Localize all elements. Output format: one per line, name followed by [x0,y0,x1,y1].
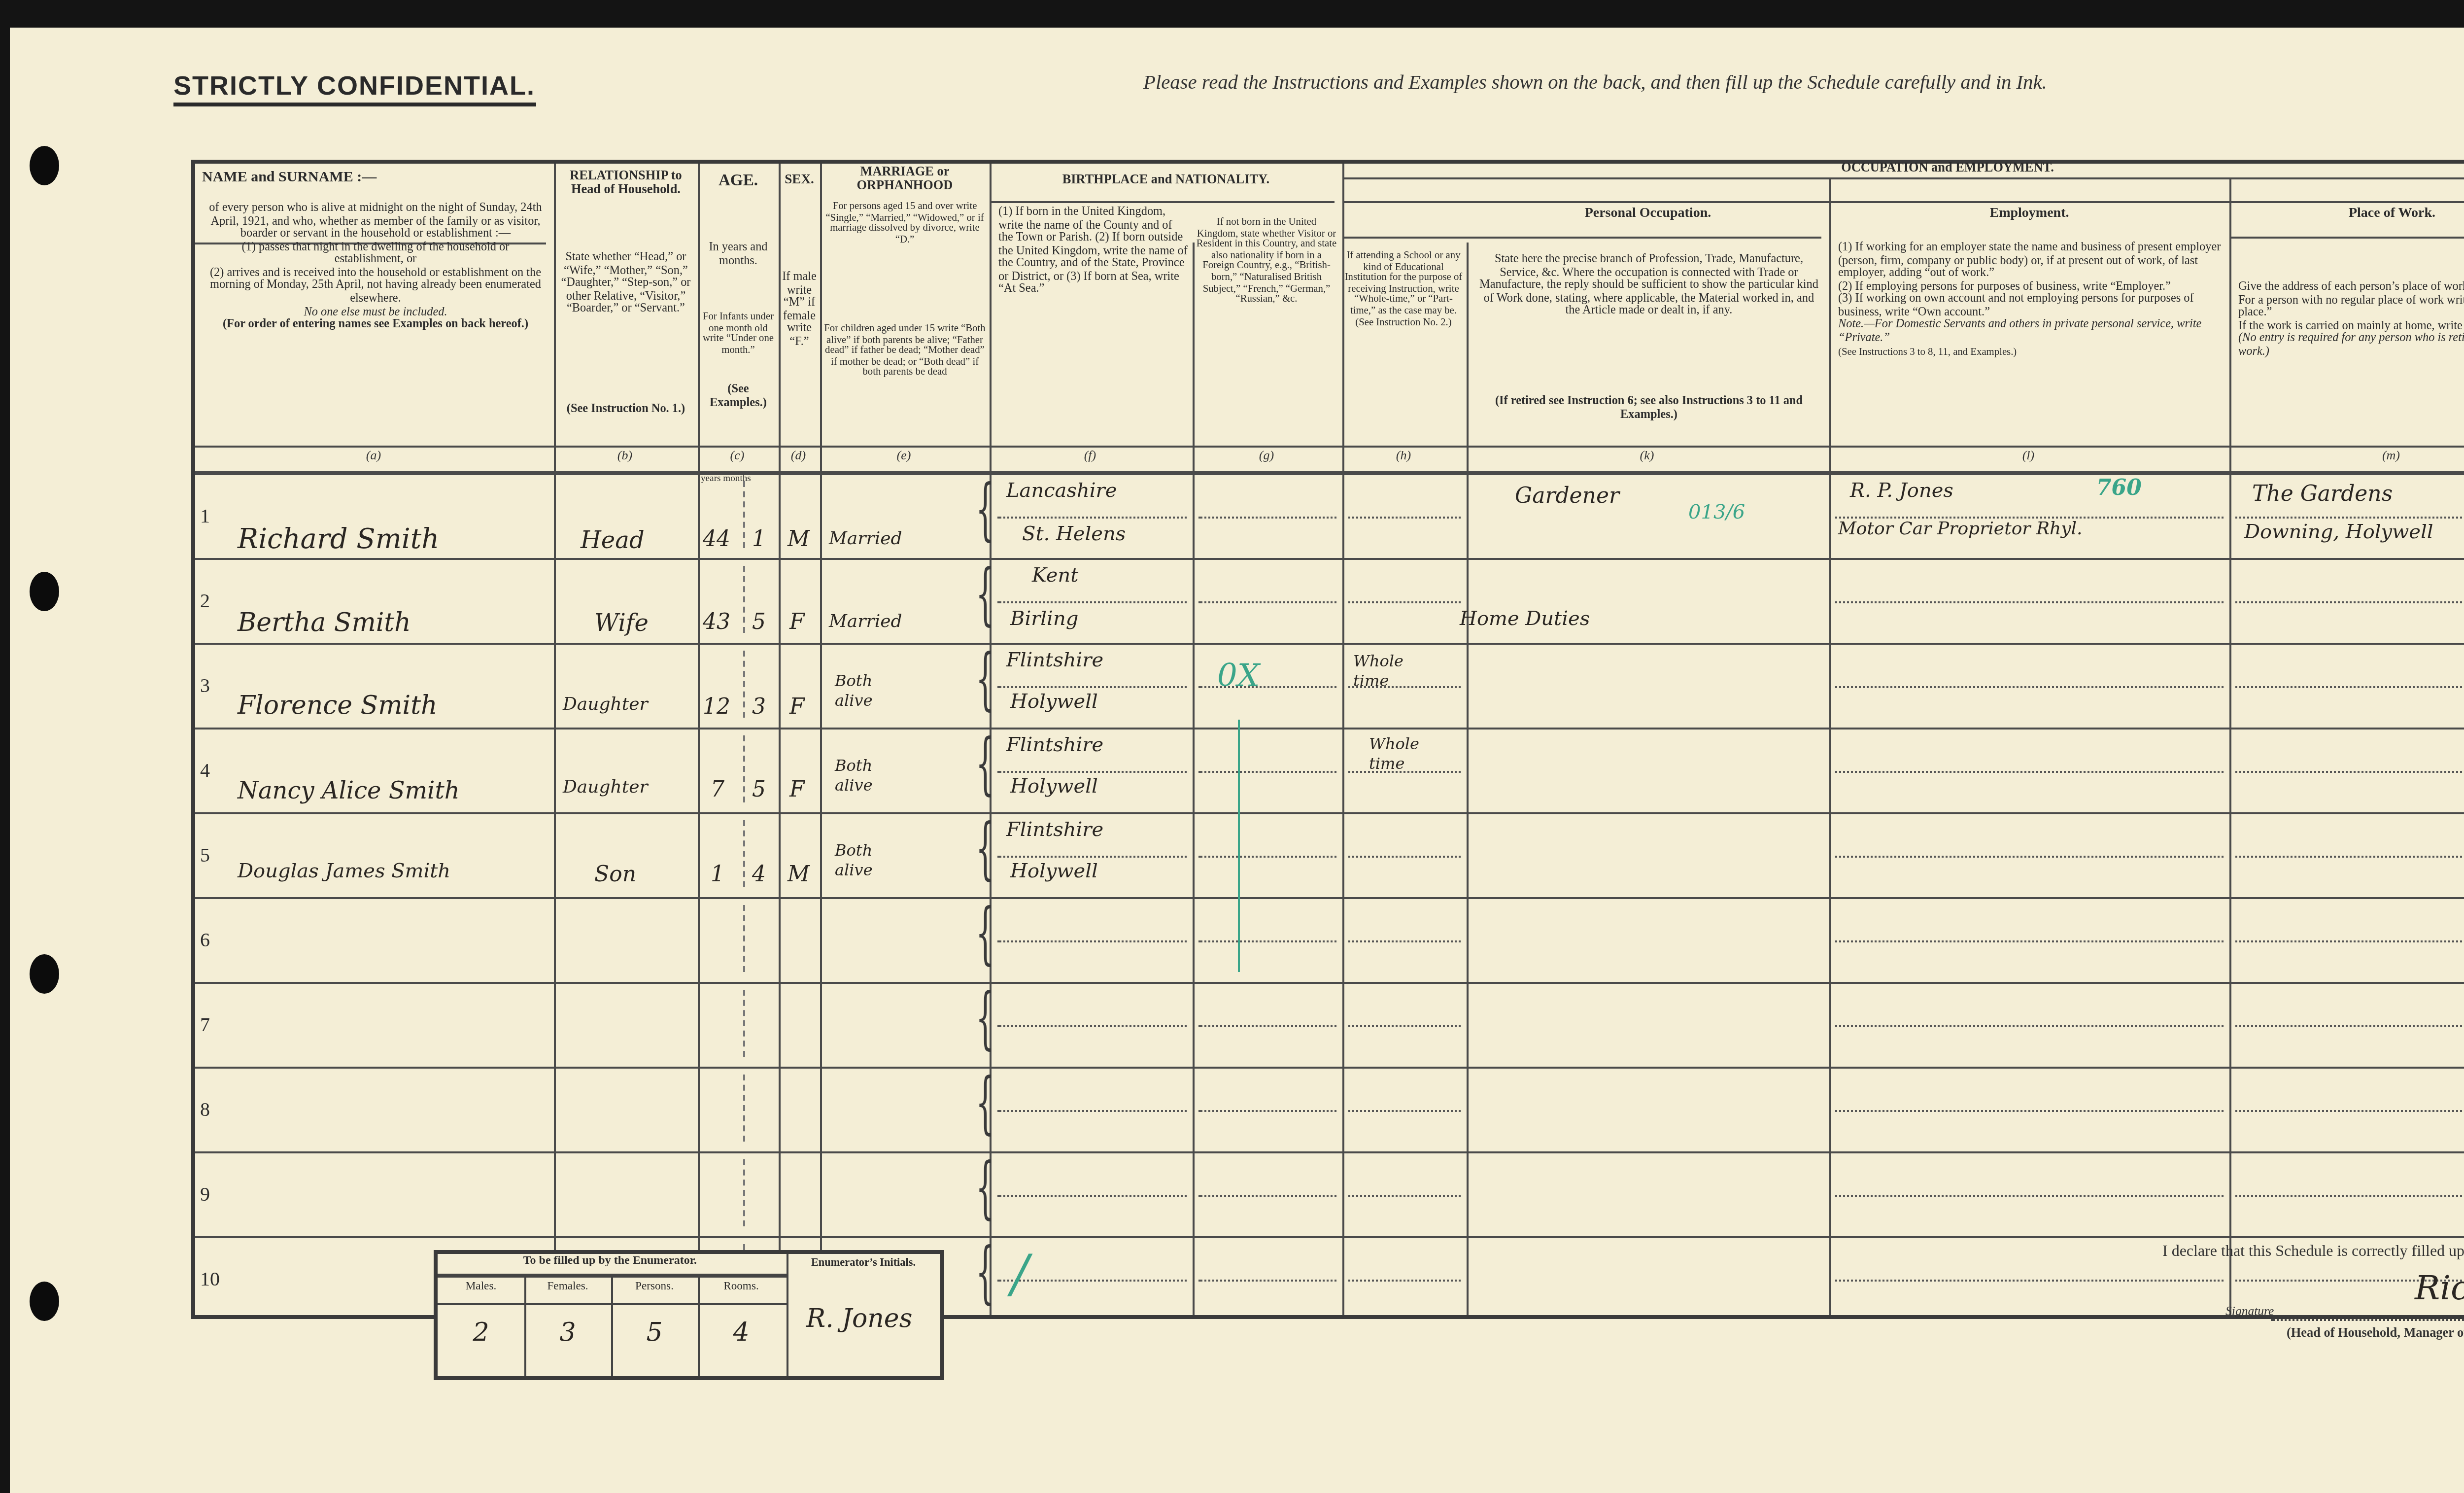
birthplace-county[interactable]: Flintshire [1006,651,1103,672]
row-mid-dotted-line [2234,855,2464,857]
row-divider [194,812,2464,814]
person-age-years[interactable]: 1 [711,862,724,887]
row-mid-dotted-line [1198,600,1335,602]
row-mid-dotted-line [996,939,1186,941]
birthplace-county[interactable]: Flintshire [1006,735,1103,757]
header-age-note: For Infants under one month old write “U… [701,313,776,358]
header-employment-rule1: (1) If working for an employer state the… [1838,243,2221,280]
col-divider [1466,243,1468,1315]
row-mid-dotted-line [1834,1194,2223,1196]
brace-icon: { [975,986,994,1053]
brace-icon: { [975,1071,994,1138]
enumerator-stroke-nationality [1237,720,1239,972]
enumerator-tick-mark: / [1011,1246,1028,1305]
row-number: 7 [200,1015,210,1037]
totals-divider [787,1254,788,1376]
row-divider [194,728,2464,729]
header-name-desc: of every person who is alive at midnight… [209,203,542,241]
row-mid-dotted-line [2234,939,2464,941]
col-letter-f: (f) [989,450,1192,463]
header-nationality-text: If not born in the United Kingdom, state… [1196,219,1337,308]
row-mid-dotted-line [2234,600,2464,602]
header-personal-occupation-note: (If retired see Instruction 6; see also … [1475,396,1822,422]
header-pow-rule1: Give the address of each person’s place … [2238,282,2464,294]
row-mid-dotted-line [1198,1109,1335,1111]
person-relationship[interactable]: Head [581,526,645,554]
col-letter-a: (a) [194,450,553,463]
occ-title-rule [1341,177,2464,179]
row-mid-dotted-line [1198,855,1335,857]
header-marriage-text1: For persons aged 15 and over write “Sing… [823,203,987,247]
totals-label-rule [438,1303,787,1305]
workplace-line2[interactable]: Downing, Holywell [2244,522,2433,544]
punch-hole [30,146,59,185]
education-status[interactable]: Whole time [1369,735,1448,776]
header-employment-note: Note.—For Domestic Servants and others i… [1838,320,2201,345]
row-mid-dotted-line [996,600,1186,602]
age-years-months-divider [742,651,744,718]
occupation-code: 013/6 [1688,503,1745,524]
totals-col-divider [524,1274,526,1376]
enumerator-totals-heading: To be filled up by the Enumerator. [438,1256,783,1268]
person-name[interactable]: Douglas James Smith [238,862,450,883]
totals-value[interactable]: 4 [698,1319,785,1349]
col-letter-k: (k) [1466,450,1828,463]
row-number: 5 [200,846,210,868]
punch-hole [30,1282,59,1321]
person-relationship[interactable]: Daughter [563,696,648,716]
brace-icon: { [975,647,994,714]
punch-hole [30,954,59,994]
header-employment-title: Employment. [1830,207,2228,222]
row-mid-dotted-line [1834,1279,2223,1281]
row-mid-dotted-line [1834,855,2223,857]
row-mid-dotted-line [1834,600,2223,602]
col-divider [819,164,821,1315]
col-letter-h: (h) [1341,450,1466,463]
person-sex[interactable]: F [789,694,805,720]
row-number: 4 [200,761,210,783]
birthplace-county[interactable]: Lancashire [1006,481,1117,503]
age-years-months-divider [742,566,744,633]
row-number: 6 [200,931,210,952]
header-sex-title: SEX. [780,174,819,188]
totals-label: Rooms. [698,1282,785,1293]
age-years-months-divider [742,735,744,802]
row-mid-dotted-line [996,855,1186,857]
birthplace-town[interactable]: Holywell [1010,862,1098,883]
row-mid-dotted-line [2234,770,2464,772]
birthplace-rule [991,201,1334,203]
header-name-rule2: (2) arrives and is received into the hou… [210,268,541,306]
person-age-months[interactable]: 5 [752,609,766,635]
row-mid-dotted-line [1198,1194,1335,1196]
header-pow-rule2: For a person with no regular place of wo… [2238,295,2464,319]
person-sex[interactable]: F [789,609,805,635]
occupation-rule [1341,201,2464,203]
row-mid-dotted-line [1834,516,2223,518]
person-marriage[interactable]: Both alive [835,757,914,795]
row-mid-dotted-line [1347,516,1460,518]
person-sex[interactable]: M [787,526,810,552]
row-divider [194,1067,2464,1069]
person-name[interactable]: Florence Smith [238,692,438,722]
census-schedule-stage: STRICTLY CONFIDENTIAL. Please read the I… [0,0,2464,1493]
enumerator-initials[interactable]: R. Jones [806,1305,912,1335]
header-age-text: In years and months. [701,243,776,269]
row-mid-dotted-line [2234,516,2464,518]
header-name-order-note: (For order of entering names see Example… [223,320,528,332]
row-divider [194,643,2464,645]
col-letter-c: (c) [697,450,778,463]
employer-name[interactable]: R. P. Jones [1850,481,1953,503]
row-mid-dotted-line [996,685,1186,687]
personal-occupation[interactable]: Gardener [1515,483,1619,509]
signature[interactable]: Richard Smith [2415,1270,2464,1309]
occupation-sub-rule [1341,237,1820,239]
header-name-note: No one else must be included. [304,307,447,319]
person-age-months[interactable]: 4 [752,862,766,887]
person-sex[interactable]: F [789,777,805,802]
birthplace-county[interactable]: Flintshire [1006,820,1103,842]
col-divider [697,164,699,1315]
row-number: 10 [200,1270,220,1291]
row-mid-dotted-line [2234,1109,2464,1111]
col-divider [1192,243,1194,1315]
brace-icon: { [975,731,994,799]
totals-col-divider [611,1274,613,1376]
row-mid-dotted-line [996,1194,1186,1196]
header-employment-text: (1) If working for an employer state the… [1838,243,2224,359]
row-number: 9 [200,1185,210,1207]
header-name-rule1: (1) passes that night in the dwelling of… [242,242,510,267]
page-title: STRICTLY CONFIDENTIAL. [173,71,535,106]
person-relationship[interactable]: Daughter [563,779,648,799]
person-age-months[interactable]: 3 [752,694,766,720]
col-letter-m: (m) [2228,450,2464,463]
brace-icon: { [975,1240,994,1307]
totals-value[interactable]: 5 [611,1319,698,1349]
row-mid-dotted-line [1834,1024,2223,1026]
employer-code: 760 [2096,475,2142,501]
row-divider [194,982,2464,984]
header-birthplace-title: BIRTHPLACE and NATIONALITY. [991,174,1341,187]
birthplace-town[interactable]: St. Helens [1022,524,1126,546]
col-divider [1341,164,1343,1315]
row-divider [194,1151,2464,1153]
age-years-months-divider [742,990,744,1057]
education-status[interactable]: Whole time [1353,653,1432,694]
age-years-months-divider [742,820,744,887]
row-mid-dotted-line [1347,1024,1460,1026]
header-marriage-text2: For children aged under 15 write “Both a… [823,325,987,381]
nationality-check-mark: 0X [1217,657,1260,694]
header-education-text: If attending a School or any kind of Edu… [1343,252,1464,330]
col-divider [1828,177,1830,1315]
row-mid-dotted-line [1198,1279,1335,1281]
col-divider [553,164,555,1315]
row-mid-dotted-line [996,770,1186,772]
header-place-of-work-text: Give the address of each person’s place … [2238,282,2464,360]
header-name-text: of every person who is alive at midnight… [206,203,545,333]
row-number: 3 [200,676,210,698]
col-letter-g: (g) [1192,450,1341,463]
birthplace-town[interactable]: Holywell [1010,692,1098,714]
birthplace-town[interactable]: Birling [1010,609,1078,631]
row-divider [194,897,2464,899]
person-age-years[interactable]: 44 [703,526,730,552]
row-mid-dotted-line [1347,855,1460,857]
brace-icon: { [975,1155,994,1222]
row-mid-dotted-line [1834,685,2223,687]
person-age-years[interactable]: 7 [711,777,724,802]
person-name[interactable]: Nancy Alice Smith [238,777,460,804]
header-bottom-rule [194,471,2464,475]
row-mid-dotted-line [2234,685,2464,687]
row-mid-dotted-line [1834,770,2223,772]
instruction-line: Please read the Instructions and Example… [1143,73,2047,95]
header-pow-rule3: If the work is carried on mainly at home… [2238,321,2464,333]
person-age-months[interactable]: 1 [752,526,766,552]
person-age-years[interactable]: 12 [703,694,730,720]
row-mid-dotted-line [996,1024,1186,1026]
row-mid-dotted-line [1347,1194,1460,1196]
totals-label: Females. [524,1282,611,1293]
person-age-years[interactable]: 43 [703,609,730,635]
header-name-title: NAME and SURNAME :— [202,170,549,185]
header-pow-note: (No entry is required for any person who… [2238,334,2464,358]
row-mid-dotted-line [1347,939,1460,941]
header-relationship-title: RELATIONSHIP to Head of Household. [557,170,695,198]
household-schedule-table: NAME and SURNAME :— of every person who … [190,160,2464,1319]
brace-icon: { [975,562,994,629]
punch-hole [30,572,59,611]
person-marriage[interactable]: Both alive [835,842,914,880]
header-birthplace-text: (1) If born in the United Kingdom, write… [998,207,1188,298]
brace-icon: { [975,816,994,883]
row-mid-dotted-line [1198,939,1335,941]
row-number: 2 [200,591,210,613]
workplace-line1[interactable]: The Gardens [2252,481,2393,507]
header-age-title: AGE. [699,174,778,191]
row-mid-dotted-line [1198,770,1335,772]
header-relationship-text: State whether “Head,” or “Wife,” “Mother… [559,252,693,317]
row-mid-dotted-line [1834,1109,2223,1111]
row-mid-dotted-line [1347,600,1460,602]
person-marriage[interactable]: Married [829,530,902,550]
col-letter-l: (l) [1828,450,2228,463]
person-name[interactable]: Bertha Smith [238,609,411,639]
header-place-of-work-title: Place of Work. [2230,207,2464,222]
row-divider [194,1236,2464,1238]
row-number: 8 [200,1100,210,1122]
header-sex-text: If male write “M” if female write “F.” [782,272,817,350]
enumerator-totals-box: To be filled up by the Enumerator. Enume… [434,1250,944,1380]
person-name[interactable]: Richard Smith [238,524,439,556]
totals-label: Males. [438,1282,524,1293]
row-number: 1 [200,507,210,528]
col-divider [2228,177,2230,1315]
header-occupation-title: OCCUPATION and EMPLOYMENT. [1341,162,2464,175]
totals-value[interactable]: 3 [524,1319,611,1349]
signature-label: Signature [2225,1305,2274,1319]
person-marriage[interactable]: Married [829,613,902,633]
row-mid-dotted-line [1834,939,2223,941]
letter-row-rule [194,446,2464,448]
age-years-months-divider [742,1075,744,1142]
header-employment-note2: (See Instructions 3 to 8, 11, and Exampl… [1838,347,2017,358]
header-personal-occupation-title: Personal Occupation. [1468,207,1828,222]
header-age-note2: (See Examples.) [701,384,776,411]
person-age-months[interactable]: 5 [752,777,766,802]
age-years-months-divider [742,1159,744,1226]
birthplace-county[interactable]: Kent [1032,566,1078,588]
personal-occupation[interactable]: Home Duties [1460,609,1590,631]
declaration-text: I declare that this Schedule is correctl… [2162,1242,2464,1260]
employer-business[interactable]: Motor Car Proprietor Rhyl. [1838,521,2083,540]
signature-line [2271,1319,2464,1321]
age-years-months-divider [742,481,744,548]
person-sex[interactable]: M [787,862,810,887]
header-personal-occupation-text: State here the precise branch of Profess… [1475,254,1822,319]
birthplace-town[interactable]: Holywell [1010,777,1098,799]
brace-icon: { [975,477,994,544]
row-mid-dotted-line [1198,516,1335,518]
row-mid-dotted-line [996,516,1186,518]
brace-icon: { [975,901,994,968]
row-divider [194,558,2464,560]
age-years-months-divider [742,905,744,972]
row-mid-dotted-line [1347,1109,1460,1111]
place-of-work-rule [2228,237,2464,239]
col-letter-d: (d) [778,450,819,463]
person-relationship[interactable]: Wife [594,609,649,637]
totals-label: Persons. [611,1282,698,1293]
col-divider [778,164,780,1315]
census-form-paper: STRICTLY CONFIDENTIAL. Please read the I… [10,28,2464,1493]
row-mid-dotted-line [996,1109,1186,1111]
row-mid-dotted-line [1347,1279,1460,1281]
col-letter-e: (e) [819,450,989,463]
totals-col-divider [698,1274,700,1376]
header-employment-rule2: (2) If employing persons for purposes of… [1838,281,2171,293]
person-marriage[interactable]: Both alive [835,672,914,710]
row-mid-dotted-line [2234,1024,2464,1026]
header-relationship-note: (See Instruction No. 1.) [559,404,693,417]
col-letter-b: (b) [553,450,697,463]
enumerator-initials-label: Enumerator’s Initials. [792,1258,934,1270]
row-mid-dotted-line [1198,1024,1335,1026]
person-relationship[interactable]: Son [594,862,636,887]
totals-value[interactable]: 2 [438,1319,524,1349]
row-mid-dotted-line [2234,1194,2464,1196]
header-marriage-title: MARRIAGE or ORPHANHOOD [821,166,989,194]
signature-caption: (Head of Household, Manager of Establish… [2287,1327,2464,1341]
header-employment-rule3: (3) If working on own account and not em… [1838,294,2194,319]
